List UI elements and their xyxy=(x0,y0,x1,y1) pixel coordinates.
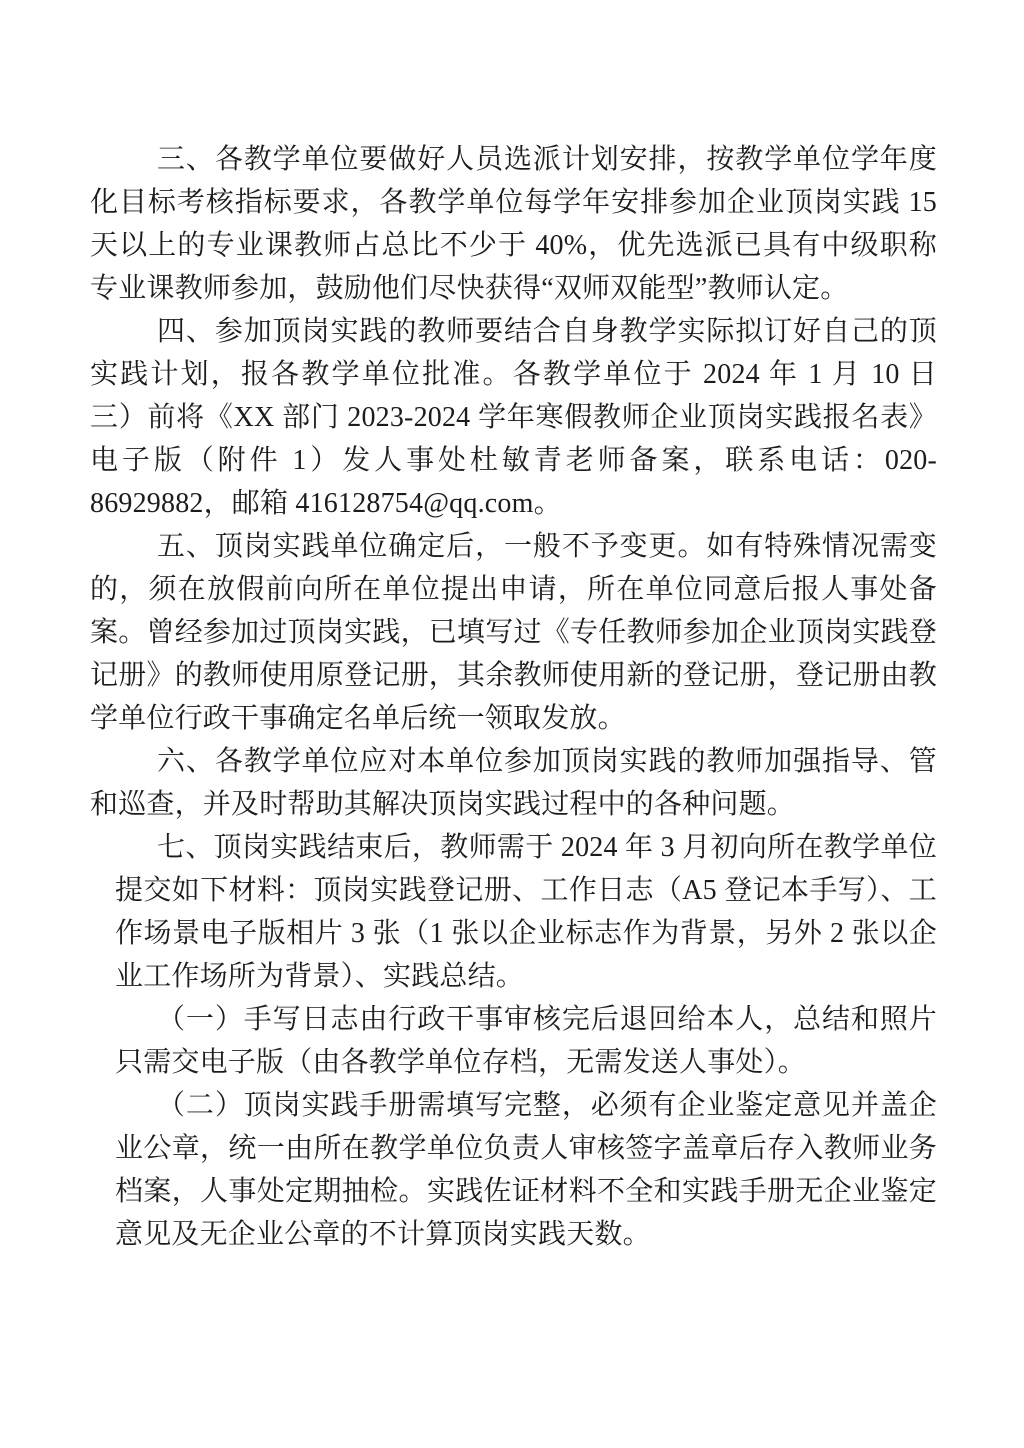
document-page: 三、各教学单位要做好人员选派计划安排，按教学单位学年度量 化目标考核指标要求，各… xyxy=(0,0,1024,1448)
text-line: 化目标考核指标要求，各教学单位每学年安排参加企业顶岗实践 15 xyxy=(90,181,937,224)
text-line: 六、各教学单位应对本单位参加顶岗实践的教师加强指导、管理 xyxy=(90,740,937,783)
text-line: 五、顶岗实践单位确定后，一般不予变更。如有特殊情况需变更 xyxy=(90,525,937,568)
text-line: （一）手写日志由行政干事审核完后退回给本人，总结和照片 xyxy=(115,998,937,1041)
text-line: 作场景电子版相片 3 张（1 张以企业标志作为背景，另外 2 张以企 xyxy=(115,912,937,955)
text-line: 业工作场所为背景）、实践总结。 xyxy=(115,955,937,998)
paragraph-item-6: 六、各教学单位应对本单位参加顶岗实践的教师加强指导、管理 和巡查，并及时帮助其解… xyxy=(90,740,937,826)
paragraph-item-5: 五、顶岗实践单位确定后，一般不予变更。如有特殊情况需变更 的，须在放假前向所在单… xyxy=(90,525,937,740)
text-line: 电子版（附件 1）发人事处杜敏青老师备案，联系电话：020- xyxy=(90,439,937,482)
text-line: 案。曾经参加过顶岗实践，已填写过《专任教师参加企业顶岗实践登 xyxy=(90,611,937,654)
text-line: 七、顶岗实践结束后，教师需于 2024 年 3 月初向所在教学单位 xyxy=(115,826,937,869)
text-line: 三、各教学单位要做好人员选派计划安排，按教学单位学年度量 xyxy=(90,138,937,181)
text-line: 的，须在放假前向所在单位提出申请，所在单位同意后报人事处备 xyxy=(90,568,937,611)
paragraph-subitem-2: （二）顶岗实践手册需填写完整，必须有企业鉴定意见并盖企 业公章，统一由所在教学单… xyxy=(115,1084,937,1256)
text-line: 档案，人事处定期抽检。实践佐证材料不全和实践手册无企业鉴定 xyxy=(115,1170,937,1213)
text-line: （二）顶岗实践手册需填写完整，必须有企业鉴定意见并盖企 xyxy=(115,1084,937,1127)
text-line: 86929882，邮箱 416128754@qq.com。 xyxy=(90,482,937,525)
text-line: 业公章，统一由所在教学单位负责人审核签字盖章后存入教师业务 xyxy=(115,1127,937,1170)
text-line: 记册》的教师使用原登记册，其余教师使用新的登记册，登记册由教 xyxy=(90,654,937,697)
document-body: 三、各教学单位要做好人员选派计划安排，按教学单位学年度量 化目标考核指标要求，各… xyxy=(90,138,937,1256)
text-line: 提交如下材料：顶岗实践登记册、工作日志（A5 登记本手写）、工 xyxy=(115,869,937,912)
text-line: 实践计划，报各教学单位批准。各教学单位于 2024 年 1 月 10 日（周 xyxy=(90,353,937,396)
text-line: 只需交电子版（由各教学单位存档，无需发送人事处）。 xyxy=(115,1041,937,1084)
text-line: 专业课教师参加，鼓励他们尽快获得“双师双能型”教师认定。 xyxy=(90,267,937,310)
paragraph-subitem-1: （一）手写日志由行政干事审核完后退回给本人，总结和照片 只需交电子版（由各教学单… xyxy=(115,998,937,1084)
paragraph-item-3: 三、各教学单位要做好人员选派计划安排，按教学单位学年度量 化目标考核指标要求，各… xyxy=(90,138,937,310)
paragraph-item-7: 七、顶岗实践结束后，教师需于 2024 年 3 月初向所在教学单位 提交如下材料… xyxy=(115,826,937,998)
text-line: 四、参加顶岗实践的教师要结合自身教学实际拟订好自己的顶岗 xyxy=(90,310,937,353)
text-line: 和巡查，并及时帮助其解决顶岗实践过程中的各种问题。 xyxy=(90,783,937,826)
paragraph-item-4: 四、参加顶岗实践的教师要结合自身教学实际拟订好自己的顶岗 实践计划，报各教学单位… xyxy=(90,310,937,525)
text-line: 学单位行政干事确定名单后统一领取发放。 xyxy=(90,697,937,740)
text-line: 三）前将《XX 部门 2023-2024 学年寒假教师企业顶岗实践报名表》 xyxy=(90,396,937,439)
text-line: 意见及无企业公章的不计算顶岗实践天数。 xyxy=(115,1213,937,1256)
text-line: 天以上的专业课教师占总比不少于 40%，优先选派已具有中级职称的 xyxy=(90,224,937,267)
